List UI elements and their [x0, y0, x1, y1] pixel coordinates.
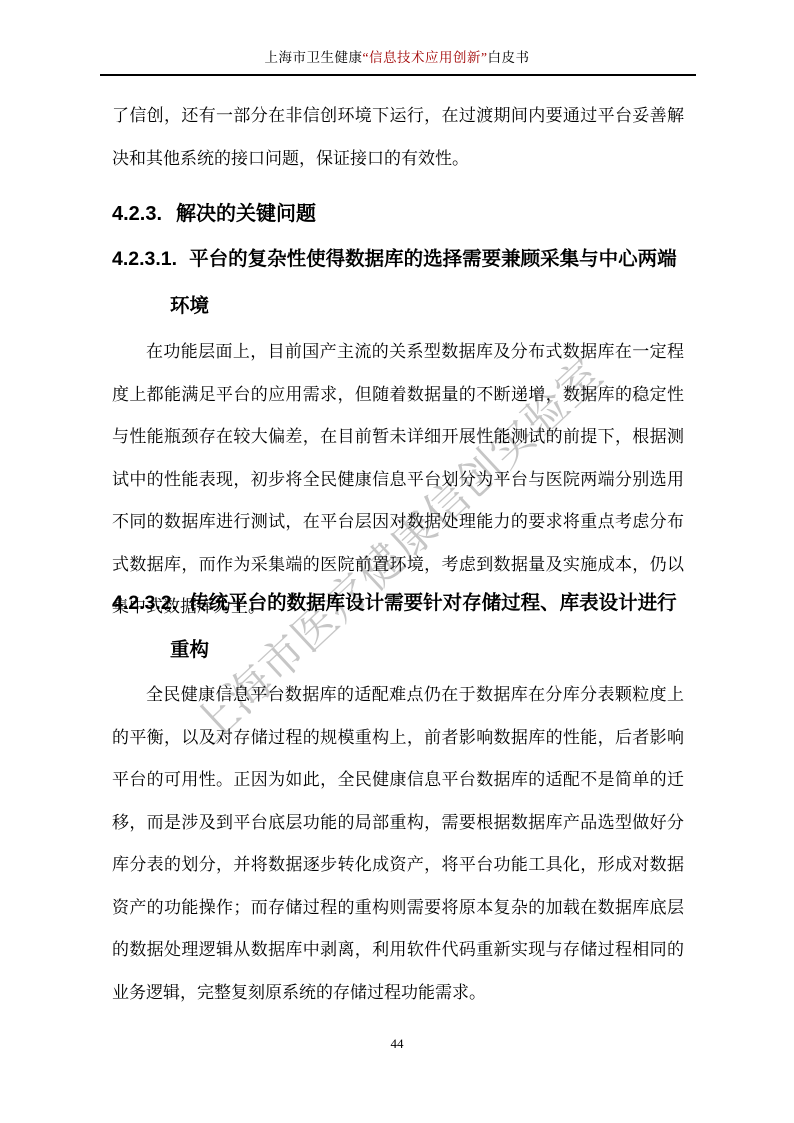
heading-title: 解决的关键问题: [176, 203, 316, 225]
header-rule: [100, 74, 696, 76]
section-heading-4-2-3-2: 4.2.3.2.传统平台的数据库设计需要针对存储过程、库表设计进行重构: [112, 580, 684, 674]
header-title-suffix: 白皮书: [487, 50, 529, 65]
section-heading-4-2-3-1: 4.2.3.1.平台的复杂性使得数据库的选择需要兼顾采集与中心两端环境: [112, 236, 684, 330]
paragraph-continuation-block: 了信创，还有一部分在非信创环境下运行，在过渡期间内要通过平台妥善解决和其他系统的…: [112, 95, 684, 180]
heading-number: 4.2.3.: [112, 203, 162, 225]
document-page: 上海市医疗健康信创实验室 上海市卫生健康“信息技术应用创新”白皮书 了信创，还有…: [0, 0, 794, 1123]
heading-title: 平台的复杂性使得数据库的选择需要兼顾采集与中心两端环境: [170, 248, 677, 317]
header-title-highlight: “信息技术应用创新”: [363, 50, 488, 65]
heading-number: 4.2.3.2.: [112, 592, 177, 614]
section-heading-4-2-3-2-block: 4.2.3.2.传统平台的数据库设计需要针对存储过程、库表设计进行重构: [112, 580, 684, 674]
section-heading-4-2-3-block: 4.2.3.解决的关键问题: [112, 200, 684, 228]
header-title-prefix: 上海市卫生健康: [265, 50, 363, 65]
paragraph-4-2-3-2: 全民健康信息平台数据库的适配难点仍在于数据库在分库分表颗粒度上的平衡，以及对存储…: [112, 674, 684, 1014]
paragraph-continuation: 了信创，还有一部分在非信创环境下运行，在过渡期间内要通过平台妥善解决和其他系统的…: [112, 95, 684, 180]
page-number: 44: [0, 1036, 794, 1052]
paragraph-4-2-3-2-block: 全民健康信息平台数据库的适配难点仍在于数据库在分库分表颗粒度上的平衡，以及对存储…: [112, 674, 684, 1014]
heading-title: 传统平台的数据库设计需要针对存储过程、库表设计进行重构: [170, 592, 677, 661]
page-header: 上海市卫生健康“信息技术应用创新”白皮书: [0, 50, 794, 66]
section-heading-4-2-3: 4.2.3.解决的关键问题: [112, 200, 684, 228]
heading-number: 4.2.3.1.: [112, 248, 177, 270]
section-heading-4-2-3-1-block: 4.2.3.1.平台的复杂性使得数据库的选择需要兼顾采集与中心两端环境: [112, 236, 684, 330]
